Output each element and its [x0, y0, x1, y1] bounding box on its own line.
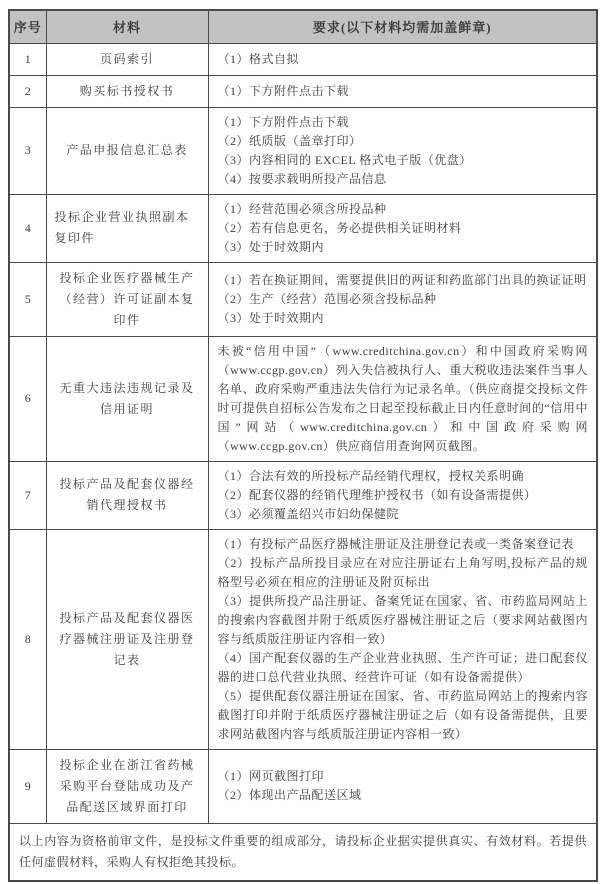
requirement-line: （2）纸质版（盖章打印）: [218, 132, 589, 151]
requirement-line: （1）格式自拟: [218, 50, 589, 69]
requirement-line: （3）必须覆盖绍兴市妇幼保健院: [218, 505, 589, 524]
requirement-line: （2）若有信息更名，务必提供相关证明材料: [218, 219, 589, 238]
requirement-line: （2）配套仪器的经销代理维护授权书（如有设备需提供）: [218, 486, 589, 505]
header-material: 材料: [46, 10, 208, 43]
header-seq-no: 序号: [9, 10, 46, 43]
document-page: 序号 材料 要求(以下材料均需加盖鲜章) 1页码索引（1）格式自拟2购买标书授权…: [0, 0, 606, 884]
table-row: 3产品申报信息汇总表（1）下方附件点击下载（2）纸质版（盖章打印）（3）内容相同…: [9, 107, 597, 194]
header-row: 序号 材料 要求(以下材料均需加盖鲜章): [9, 10, 597, 43]
row-number-cell: 1: [9, 43, 46, 75]
row-number-cell: 5: [9, 262, 46, 336]
materials-requirements-table: 序号 材料 要求(以下材料均需加盖鲜章) 1页码索引（1）格式自拟2购买标书授权…: [8, 9, 598, 882]
requirement-line: （4）按要求载明所投产品信息: [218, 170, 589, 189]
requirement-line: （5）提供配套仪器注册证在国家、省、市药监局网站上的搜索内容截图打印并附于纸质医…: [218, 687, 589, 744]
row-number-cell: 4: [9, 194, 46, 262]
table-row: 8投标产品及配套仪器医疗器械注册证及注册登记表（1）有投标产品医疗器械注册证及注…: [9, 529, 597, 749]
requirement-cell: （1）下方附件点击下载: [208, 75, 597, 107]
requirement-line: （2）生产（经营）范围必须含投标品种: [218, 290, 589, 309]
requirement-line: （1）下方附件点击下载: [218, 82, 589, 101]
material-cell: 投标企业在浙江省药械采购平台登陆成功及产品配送区域界面打印: [46, 749, 208, 823]
row-number-cell: 2: [9, 75, 46, 107]
requirement-line: （2）投标产品所投目录应在对应注册证右上角写明,投标产品的规格型号必须在相应的注…: [218, 554, 589, 592]
requirement-line: （3）内容相同的 EXCEL 格式电子版（优盘）: [218, 151, 589, 170]
material-cell: 投标企业医疗器械生产（经营）许可证副本复印件: [46, 262, 208, 336]
requirement-line: （1）若在换证期间，需要提供旧的两证和药监部门出具的换证证明: [218, 271, 589, 290]
requirement-cell: （1）格式自拟: [208, 43, 597, 75]
requirement-cell: （1）网页截图打印（2）体现出产品配送区域: [208, 749, 597, 823]
requirement-cell: （1）有投标产品医疗器械注册证及注册登记表或一类备案登记表（2）投标产品所投目录…: [208, 529, 597, 749]
material-cell: 投标企业营业执照副本复印件: [46, 194, 208, 262]
material-cell: 投标产品及配套仪器医疗器械注册证及注册登记表: [46, 529, 208, 749]
requirement-cell: （1）经营范围必须含所投品种（2）若有信息更名，务必提供相关证明材料（3）处于时…: [208, 194, 597, 262]
row-number-cell: 9: [9, 749, 46, 823]
table-row: 1页码索引（1）格式自拟: [9, 43, 597, 75]
table-row: 7投标产品及配套仪器经销代理授权书（1）合法有效的所投标产品经销代理权，授权关系…: [9, 461, 597, 529]
requirement-line: （3）提供所投产品注册证、备案凭证在国家、省、市药监局网站上的搜索内容截图并附于…: [218, 592, 589, 649]
table-body: 1页码索引（1）格式自拟2购买标书授权书（1）下方附件点击下载3产品申报信息汇总…: [9, 43, 597, 823]
requirement-line: （1）有投标产品医疗器械注册证及注册登记表或一类备案登记表: [218, 535, 589, 554]
material-cell: 页码索引: [46, 43, 208, 75]
requirement-line: （4）国产配套仪器的生产企业营业执照、生产许可证；进口配套仪器的进口总代营业执照…: [218, 649, 589, 687]
requirement-line: （2）体现出产品配送区域: [218, 786, 589, 805]
footer-note: 以上内容为资格前审文件，是投标文件重要的组成部分，请投标企业据实提供真实、有效材…: [9, 823, 597, 881]
footer-row: 以上内容为资格前审文件，是投标文件重要的组成部分，请投标企业据实提供真实、有效材…: [9, 823, 597, 881]
requirement-line: （1）下方附件点击下载: [218, 113, 589, 132]
row-number-cell: 3: [9, 107, 46, 194]
requirement-line: 未被“信用中国”（www.creditchina.gov.cn）和中国政府采购网…: [218, 342, 589, 456]
table-row: 4投标企业营业执照副本复印件（1）经营范围必须含所投品种（2）若有信息更名，务必…: [9, 194, 597, 262]
requirement-cell: （1）若在换证期间，需要提供旧的两证和药监部门出具的换证证明（2）生产（经营）范…: [208, 262, 597, 336]
requirement-cell: （1）下方附件点击下载（2）纸质版（盖章打印）（3）内容相同的 EXCEL 格式…: [208, 107, 597, 194]
header-requirement: 要求(以下材料均需加盖鲜章): [208, 10, 597, 43]
requirement-line: （1）网页截图打印: [218, 767, 589, 786]
requirement-line: （1）合法有效的所投标产品经销代理权，授权关系明确: [218, 467, 589, 486]
requirement-cell: （1）合法有效的所投标产品经销代理权，授权关系明确（2）配套仪器的经销代理维护授…: [208, 461, 597, 529]
material-cell: 产品申报信息汇总表: [46, 107, 208, 194]
material-cell: 购买标书授权书: [46, 75, 208, 107]
requirement-line: （3）处于时效期内: [218, 238, 589, 257]
material-cell: 无重大违法违规记录及信用证明: [46, 336, 208, 461]
requirement-cell: 未被“信用中国”（www.creditchina.gov.cn）和中国政府采购网…: [208, 336, 597, 461]
row-number-cell: 6: [9, 336, 46, 461]
row-number-cell: 8: [9, 529, 46, 749]
table-row: 2购买标书授权书（1）下方附件点击下载: [9, 75, 597, 107]
material-cell: 投标产品及配套仪器经销代理授权书: [46, 461, 208, 529]
table-row: 6无重大违法违规记录及信用证明未被“信用中国”（www.creditchina.…: [9, 336, 597, 461]
requirement-line: （1）经营范围必须含所投品种: [218, 200, 589, 219]
table-row: 9投标企业在浙江省药械采购平台登陆成功及产品配送区域界面打印（1）网页截图打印（…: [9, 749, 597, 823]
row-number-cell: 7: [9, 461, 46, 529]
requirement-line: （3）处于时效期内: [218, 309, 589, 328]
table-row: 5投标企业医疗器械生产（经营）许可证副本复印件（1）若在换证期间，需要提供旧的两…: [9, 262, 597, 336]
